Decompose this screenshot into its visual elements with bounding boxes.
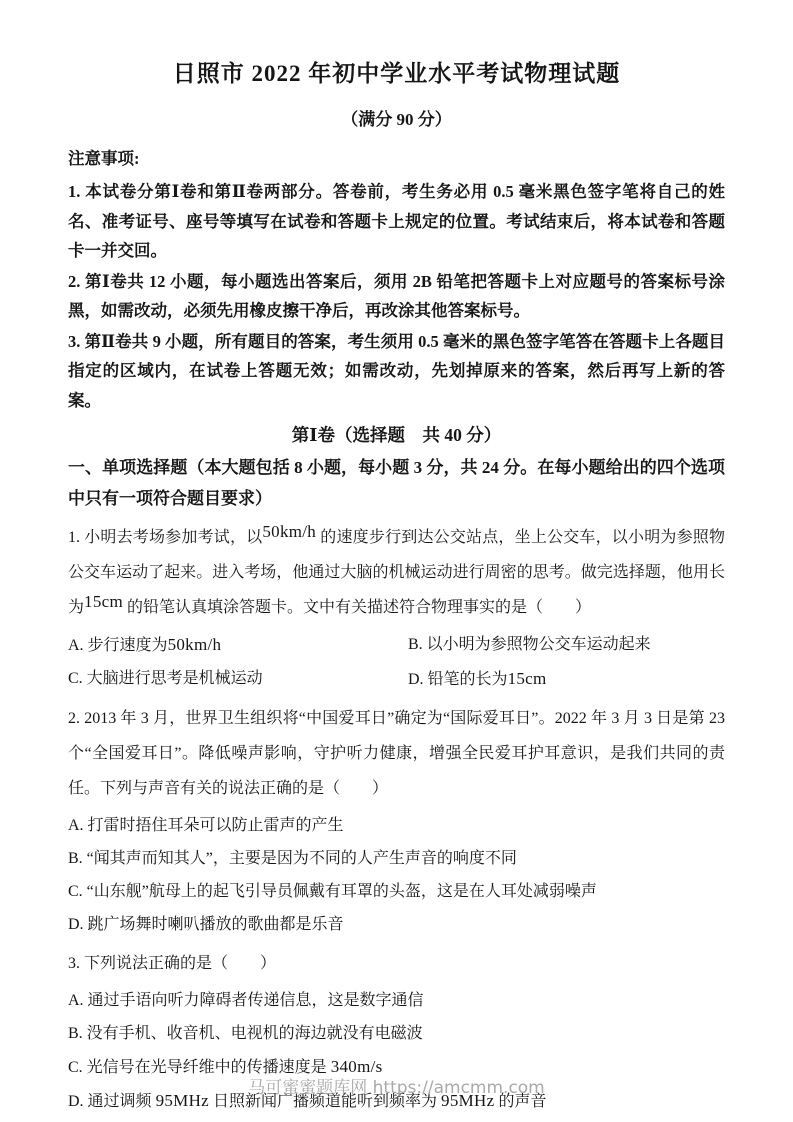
- question-1-option-B: B. 以小明为参照物公交车运动起来: [408, 628, 725, 662]
- text-run: D. 跳广场舞时喇叭播放的歌曲都是乐音: [68, 916, 344, 933]
- exam-paper-page: 日照市 2022 年初中学业水平考试物理试题 （满分 90 分） 注意事项: 1…: [0, 0, 793, 1122]
- text-run: C. 大脑进行思考是机械运动: [68, 670, 263, 687]
- notice-item-2: 2. 第Ⅰ卷共 12 小题，每小题选出答案后，须用 2B 铅笔把答题卡上对应题号…: [68, 267, 725, 326]
- question-1: 1. 小明去考场参加考试，以50km/h 的速度步行到达公交站点，坐上公交车，以…: [68, 520, 725, 696]
- question-2-option-D: D. 跳广场舞时喇叭播放的歌曲都是乐音: [68, 908, 725, 941]
- text-run: A. 通过手语向听力障碍者传递信息，这是数字通信: [68, 992, 424, 1009]
- question-1-option-D: D. 铅笔的长为15cm: [408, 662, 725, 696]
- question-2-option-B: B. “闻其声而知其人”，主要是因为不同的人产生声音的响度不同: [68, 842, 725, 875]
- text-run: A. 打雷时捂住耳朵可以防止雷声的产生: [68, 817, 344, 834]
- text-run: 3. 下列说法正确的是（ ）: [68, 955, 276, 972]
- question-2: 2. 2013 年 3 月，世界卫生组织将“中国爱耳日”确定为“国际爱耳日”。2…: [68, 701, 725, 941]
- formula: 15cm: [508, 669, 547, 688]
- notice-item-1: 1. 本试卷分第Ⅰ卷和第Ⅱ卷两部分。答卷前，考生务必用 0.5 毫米黑色签字笔将…: [68, 177, 725, 266]
- question-3-option-B: B. 没有手机、收音机、电视机的海边就没有电磁波: [68, 1017, 725, 1050]
- question-2-option-A: A. 打雷时捂住耳朵可以防止雷声的产生: [68, 809, 725, 842]
- page-title: 日照市 2022 年初中学业水平考试物理试题: [68, 58, 725, 89]
- question-1-options: A. 步行速度为50km/hB. 以小明为参照物公交车运动起来C. 大脑进行思考…: [68, 628, 725, 696]
- text-run: D. 铅笔的长为: [408, 671, 508, 688]
- question-1-stem: 1. 小明去考场参加考试，以50km/h 的速度步行到达公交站点，坐上公交车，以…: [68, 520, 725, 625]
- part-title: 第Ⅰ卷（选择题 共 40 分）: [68, 422, 725, 447]
- formula: 50km/h: [262, 523, 316, 540]
- subsection-title: 一、单项选择题（本大题包括 8 小题，每小题 3 分，共 24 分。在每小题给出…: [68, 452, 725, 514]
- formula: 15cm: [84, 593, 123, 610]
- watermark-footer: 马可蜜蜜题库网 https://amcmm.com: [0, 1073, 793, 1098]
- text-run: B. 以小明为参照物公交车运动起来: [408, 636, 651, 653]
- text-run: B. 没有手机、收音机、电视机的海边就没有电磁波: [68, 1025, 423, 1042]
- question-3-stem: 3. 下列说法正确的是（ ）: [68, 946, 725, 981]
- text-run: A. 步行速度为: [68, 637, 168, 654]
- page-subtitle: （满分 90 分）: [68, 105, 725, 130]
- text-run: 的铅笔认真填涂答题卡。文中有关描述符合物理事实的是（ ）: [123, 599, 591, 616]
- notice-heading: 注意事项:: [68, 145, 725, 169]
- question-3-option-A: A. 通过手语向听力障碍者传递信息，这是数字通信: [68, 984, 725, 1017]
- questions-container: 1. 小明去考场参加考试，以50km/h 的速度步行到达公交站点，坐上公交车，以…: [68, 520, 725, 1118]
- question-2-option-C: C. “山东舰”航母上的起飞引导员佩戴有耳罩的头盔，这是在人耳处减弱噪声: [68, 875, 725, 908]
- formula: 50km/h: [168, 635, 222, 654]
- notice-item-3: 3. 第Ⅱ卷共 9 小题，所有题目的答案，考生须用 0.5 毫米的黑色签字笔答在…: [68, 327, 725, 416]
- question-1-option-C: C. 大脑进行思考是机械运动: [68, 662, 408, 696]
- question-2-options: A. 打雷时捂住耳朵可以防止雷声的产生B. “闻其声而知其人”，主要是因为不同的…: [68, 809, 725, 941]
- text-run: 1. 小明去考场参加考试，以: [68, 529, 262, 546]
- text-run: 2. 2013 年 3 月，世界卫生组织将“中国爱耳日”确定为“国际爱耳日”。2…: [68, 710, 725, 797]
- question-1-option-A: A. 步行速度为50km/h: [68, 628, 408, 662]
- text-run: C. “山东舰”航母上的起飞引导员佩戴有耳罩的头盔，这是在人耳处减弱噪声: [68, 883, 597, 900]
- question-2-stem: 2. 2013 年 3 月，世界卫生组织将“中国爱耳日”确定为“国际爱耳日”。2…: [68, 701, 725, 806]
- text-run: B. “闻其声而知其人”，主要是因为不同的人产生声音的响度不同: [68, 850, 517, 867]
